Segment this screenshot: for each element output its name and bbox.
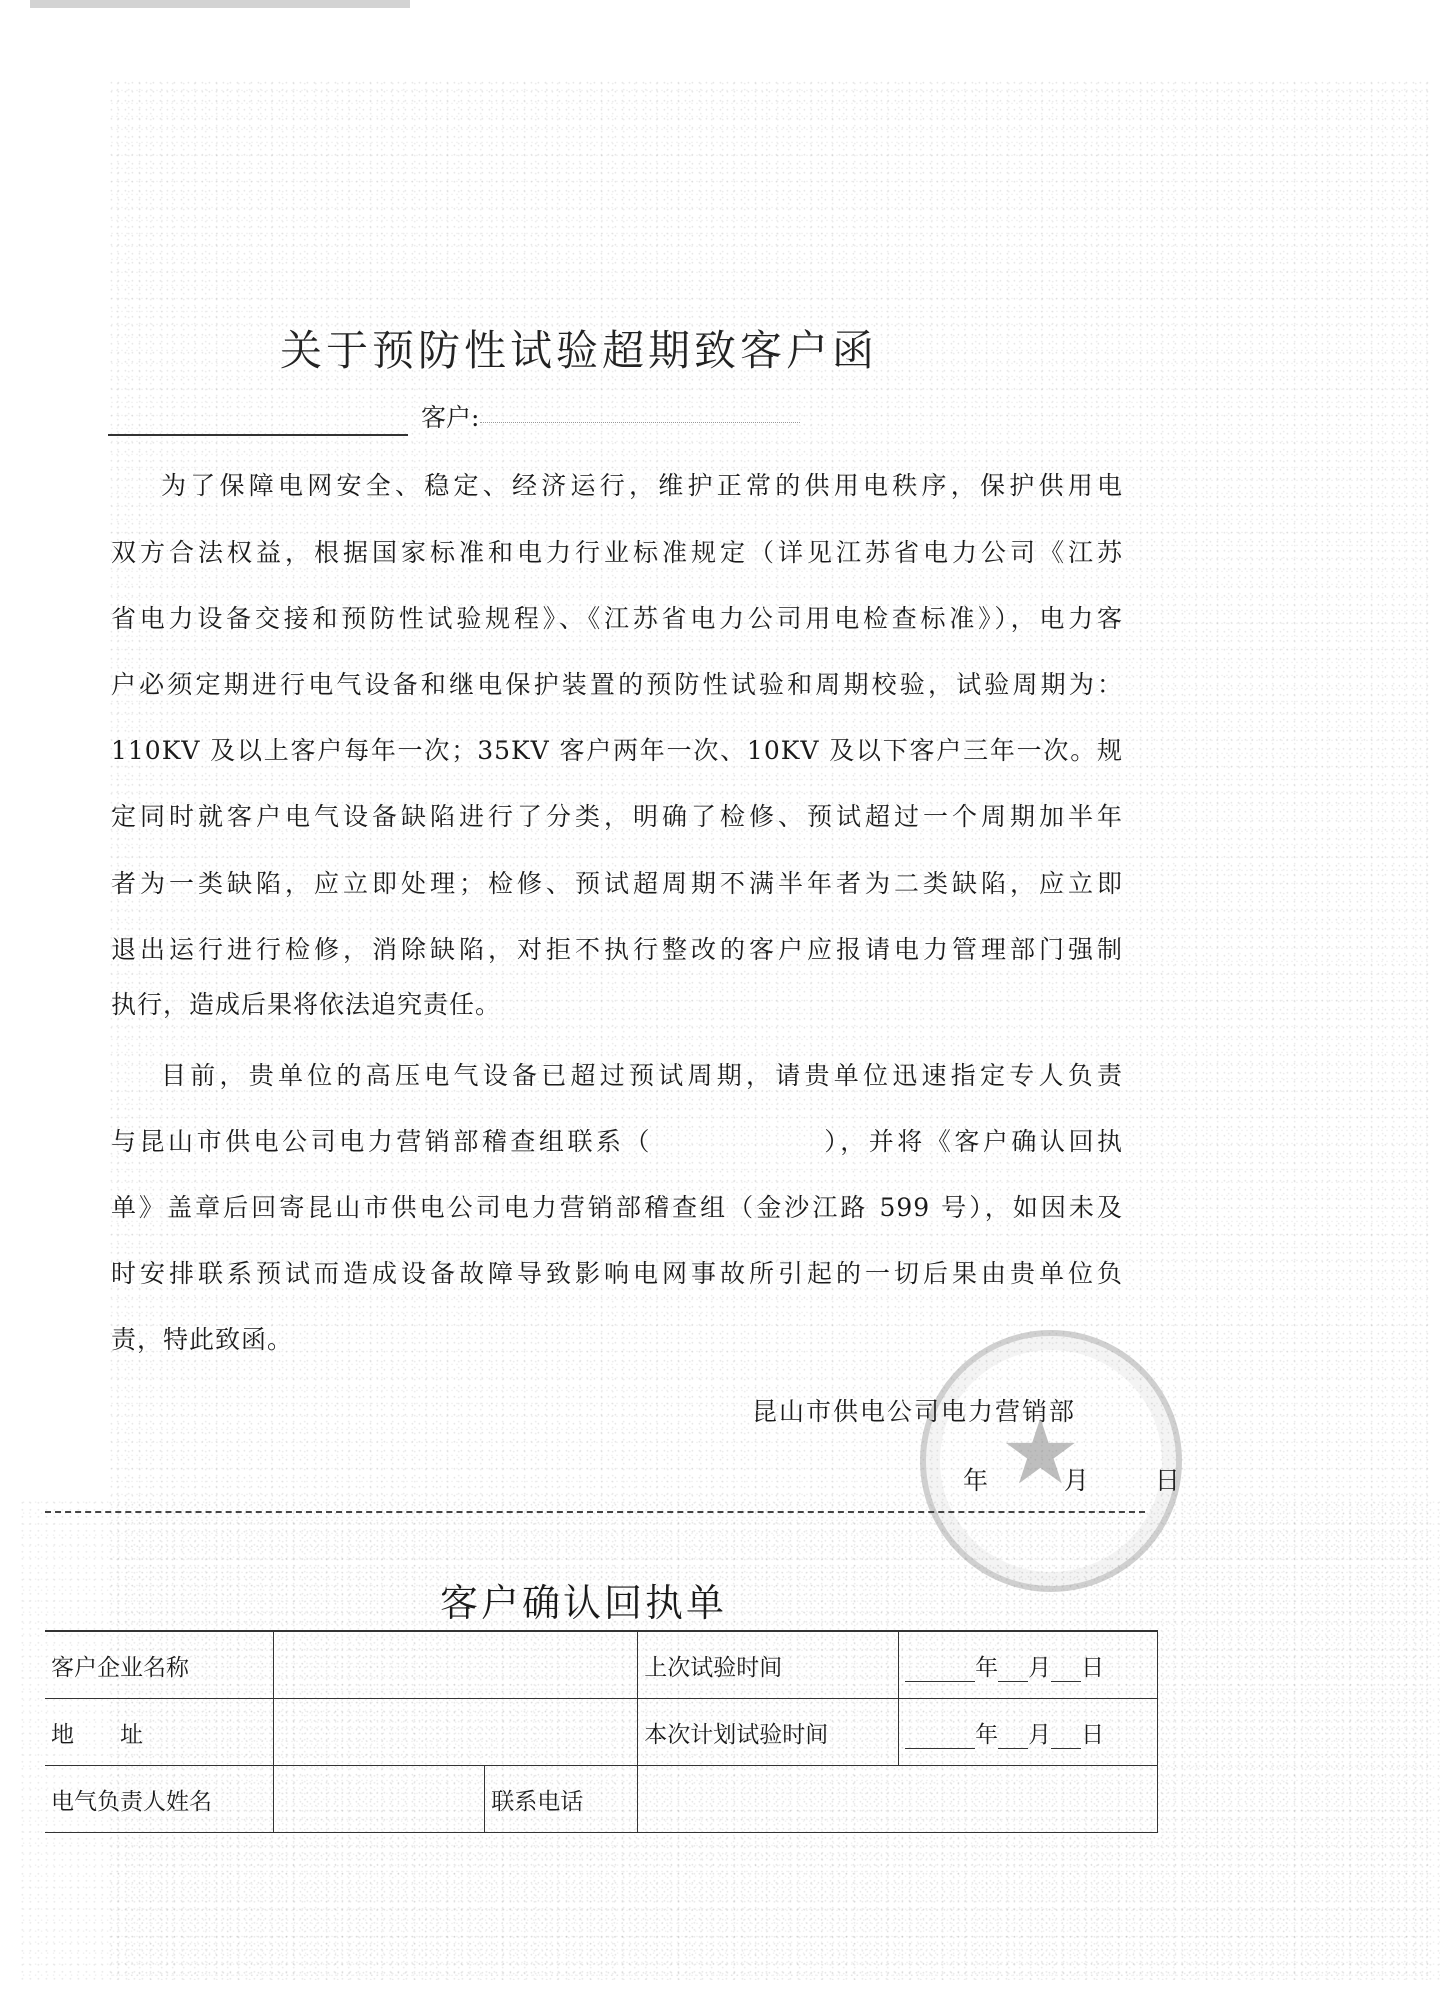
table-row: 电气负责人姓名 联系电话 bbox=[45, 1766, 1158, 1833]
paragraph-line: 执行，造成后果将依法追究责任。 bbox=[111, 985, 1123, 1021]
electrical-manager-field[interactable] bbox=[274, 1766, 485, 1833]
address-field[interactable] bbox=[274, 1699, 638, 1766]
planned-test-date-field[interactable]: 年月日 bbox=[899, 1699, 1158, 1766]
customer-name-blank bbox=[108, 434, 408, 436]
date-year: 年 bbox=[963, 1461, 988, 1497]
paragraph-line: 与昆山市供电公司电力营销部稽查组联系（ ），并将《客户确认回执 bbox=[111, 1122, 1123, 1158]
paragraph-line: 责，特此致函。 bbox=[111, 1320, 1123, 1356]
receipt-title: 客户确认回执单 bbox=[440, 1572, 727, 1627]
signature-department: 昆山市供电公司电力营销部 bbox=[752, 1392, 1076, 1428]
paragraph-line: 为了保障电网安全、稳定、经济运行，维护正常的供用电秩序，保护供用电 bbox=[111, 466, 1123, 502]
paragraph-line: 110KV 及以上客户每年一次；35KV 客户两年一次、10KV 及以下客户三年… bbox=[111, 731, 1123, 767]
paragraph-line: 目前，贵单位的高压电气设备已超过预试周期，请贵单位迅速指定专人负责 bbox=[111, 1056, 1123, 1092]
company-name-field[interactable] bbox=[274, 1631, 638, 1699]
label-last-test-time: 上次试验时间 bbox=[638, 1631, 899, 1699]
paragraph-line: 退出运行进行检修，消除缺陷，对拒不执行整改的客户应报请电力管理部门强制 bbox=[111, 930, 1123, 966]
receipt-form-table: 客户企业名称 上次试验时间 年月日 地 址 本次计划试验时间 年月日 电气负责人… bbox=[45, 1630, 1158, 1833]
customer-label: 客户: bbox=[421, 398, 479, 434]
paragraph-line: 者为一类缺陷，应立即处理；检修、预试超周期不满半年者为二类缺陷，应立即 bbox=[111, 864, 1123, 900]
letter-title: 关于预防性试验超期致客户函 bbox=[280, 318, 878, 378]
scan-edge-artifact bbox=[30, 0, 410, 8]
label-contact-phone: 联系电话 bbox=[485, 1766, 638, 1833]
paragraph-line: 时安排联系预试而造成设备故障导致影响电网事故所引起的一切后果由贵单位负 bbox=[111, 1254, 1123, 1290]
label-planned-test-time: 本次计划试验时间 bbox=[638, 1699, 899, 1766]
paragraph-line: 单》盖章后回寄昆山市供电公司电力营销部稽查组（金沙江路 599 号），如因未及 bbox=[111, 1188, 1123, 1224]
paragraph-line: 定同时就客户电气设备缺陷进行了分类，明确了检修、预试超过一个周期加半年 bbox=[111, 797, 1123, 833]
last-test-date-field[interactable]: 年月日 bbox=[899, 1631, 1158, 1699]
table-row: 地 址 本次计划试验时间 年月日 bbox=[45, 1699, 1158, 1766]
paragraph-line: 省电力设备交接和预防性试验规程》、《江苏省电力公司用电检查标准》），电力客 bbox=[111, 599, 1123, 635]
label-address: 地 址 bbox=[45, 1699, 274, 1766]
table-row: 客户企业名称 上次试验时间 年月日 bbox=[45, 1631, 1158, 1699]
contact-phone-field[interactable] bbox=[638, 1766, 1158, 1833]
label-electrical-manager: 电气负责人姓名 bbox=[45, 1766, 274, 1833]
signature-date: 年 月 日 bbox=[963, 1461, 1180, 1497]
label-company-name: 客户企业名称 bbox=[45, 1631, 274, 1699]
date-day: 日 bbox=[1155, 1461, 1180, 1497]
paragraph-line: 户必须定期进行电气设备和继电保护装置的预防性试验和周期校验，试验周期为： bbox=[111, 665, 1123, 701]
tear-off-dashed-line bbox=[45, 1511, 1145, 1513]
date-month: 月 bbox=[1064, 1461, 1089, 1497]
customer-dotted-line bbox=[480, 422, 800, 423]
paragraph-line: 双方合法权益，根据国家标准和电力行业标准规定（详见江苏省电力公司《江苏 bbox=[111, 533, 1123, 569]
